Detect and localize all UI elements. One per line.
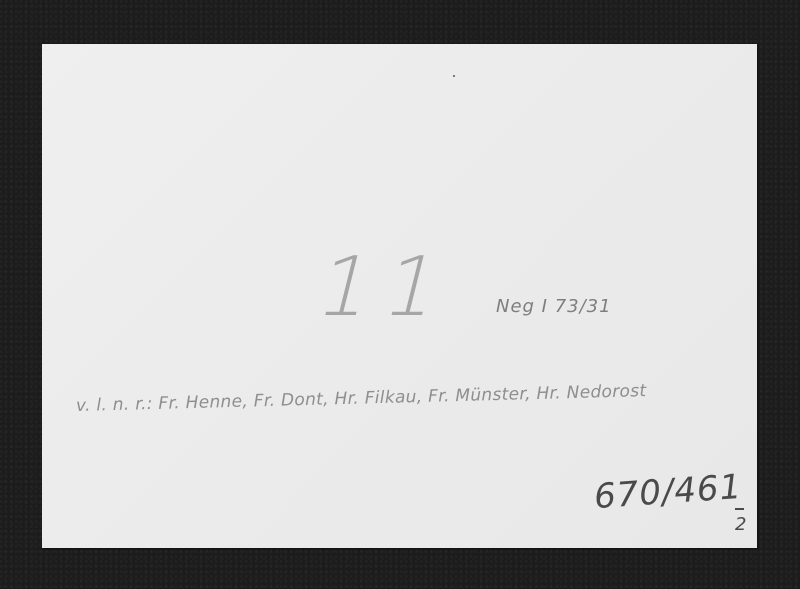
negative-reference: Neg I 73/31: [496, 296, 612, 317]
photo-card-reverse: 11 Neg I 73/31 v. l. n. r.: Fr. Henne, F…: [42, 44, 757, 548]
handwritten-item-number: 11: [308, 240, 464, 335]
paper-speck: [453, 75, 455, 77]
archive-number: 670/461: [593, 467, 744, 517]
people-caption: v. l. n. r.: Fr. Henne, Fr. Dont, Hr. Fi…: [76, 381, 647, 416]
archive-subnumber: 2: [735, 514, 746, 535]
archive-subnumber-dash: [735, 508, 744, 510]
